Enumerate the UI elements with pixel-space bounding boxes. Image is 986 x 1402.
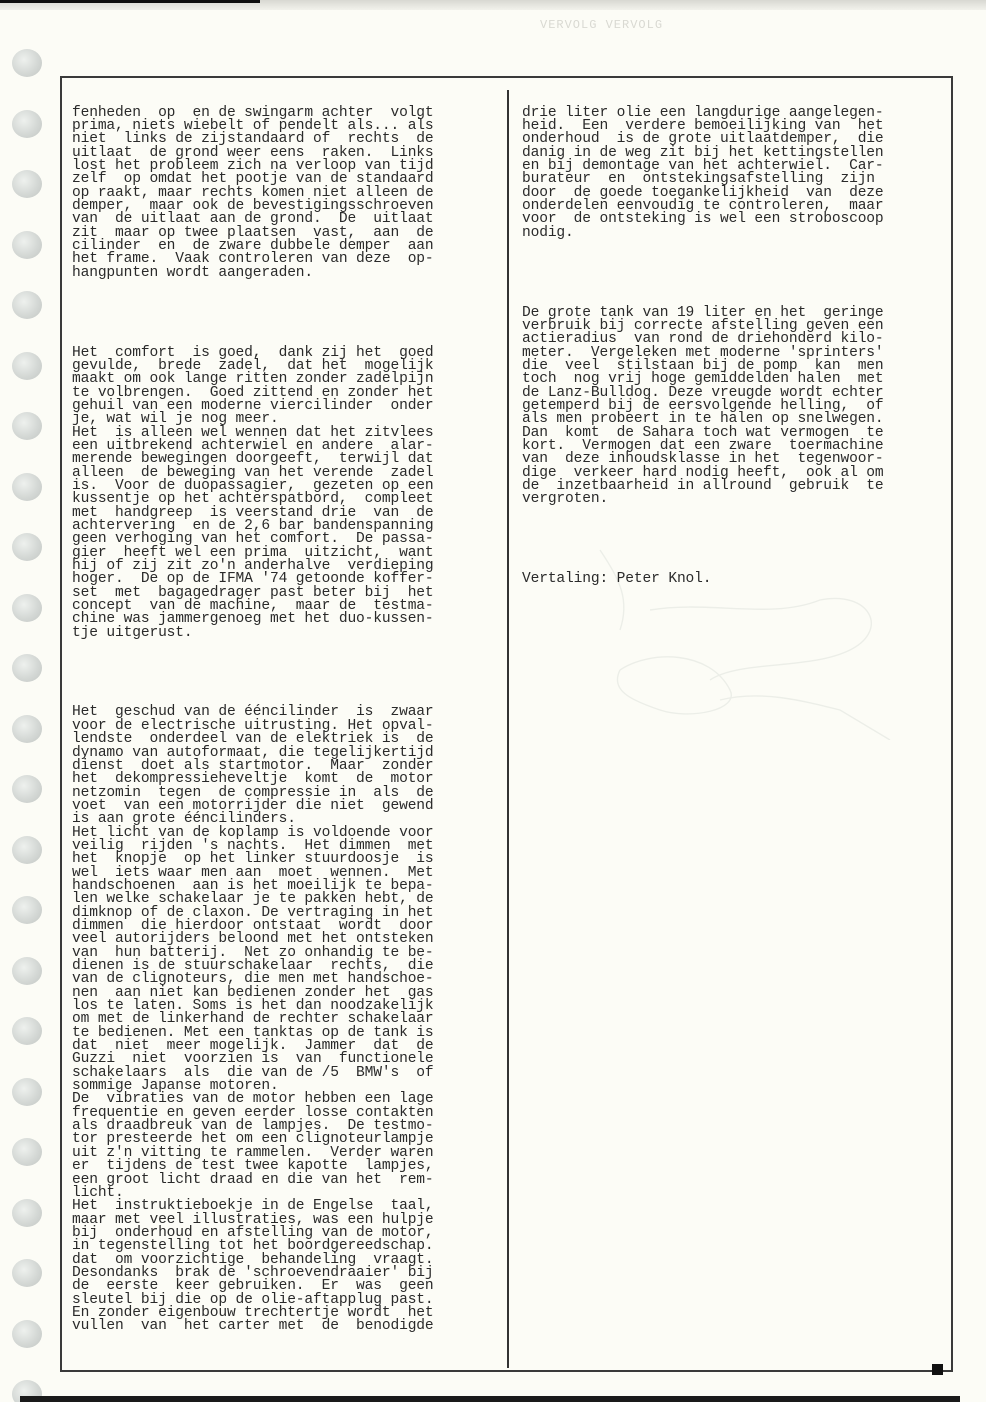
binder-hole: [12, 1138, 42, 1166]
binder-hole: [12, 715, 42, 743]
binder-hole: [12, 1017, 42, 1045]
binder-hole: [12, 1259, 42, 1287]
binder-hole: [12, 291, 42, 319]
header-bleed-through: VERVOLG VERVOLG: [540, 18, 840, 32]
binder-hole: [12, 594, 42, 622]
binder-hole: [12, 533, 42, 561]
column-divider: [507, 90, 509, 1368]
binder-hole: [12, 231, 42, 259]
scan-top-edge: [0, 0, 986, 10]
article-column-right: drie liter olie een langdurige aangelege…: [522, 80, 947, 600]
paragraph: De grote tank van 19 liter en het gering…: [522, 307, 947, 507]
translator-credit: Vertaling: Peter Knol.: [522, 573, 947, 586]
end-of-article-square-icon: [932, 1364, 943, 1375]
binder-hole: [12, 957, 42, 985]
binder-hole: [12, 896, 42, 924]
binder-hole: [12, 836, 42, 864]
binder-hole: [12, 110, 42, 138]
binder-hole: [12, 1320, 42, 1348]
paragraph: Het comfort is goed, dank zij het goed g…: [72, 347, 500, 641]
binder-hole: [12, 412, 42, 440]
paragraph: Het geschud van de ééncilinder is zwaar …: [72, 706, 500, 1333]
binder-hole: [12, 473, 42, 501]
scan-bottom-edge: [20, 1396, 960, 1402]
article-column-left: fenheden op en de swingarm achter volgt …: [72, 80, 500, 1347]
binder-hole: [12, 170, 42, 198]
binder-hole: [12, 775, 42, 803]
paragraph: drie liter olie een langdurige aangelege…: [522, 107, 947, 240]
binder-hole: [12, 654, 42, 682]
paragraph: fenheden op en de swingarm achter volgt …: [72, 107, 500, 280]
binder-hole: [12, 1078, 42, 1106]
binder-hole: [12, 352, 42, 380]
binder-holes: [0, 0, 60, 1402]
binder-hole: [12, 49, 42, 77]
binder-hole: [12, 1199, 42, 1227]
